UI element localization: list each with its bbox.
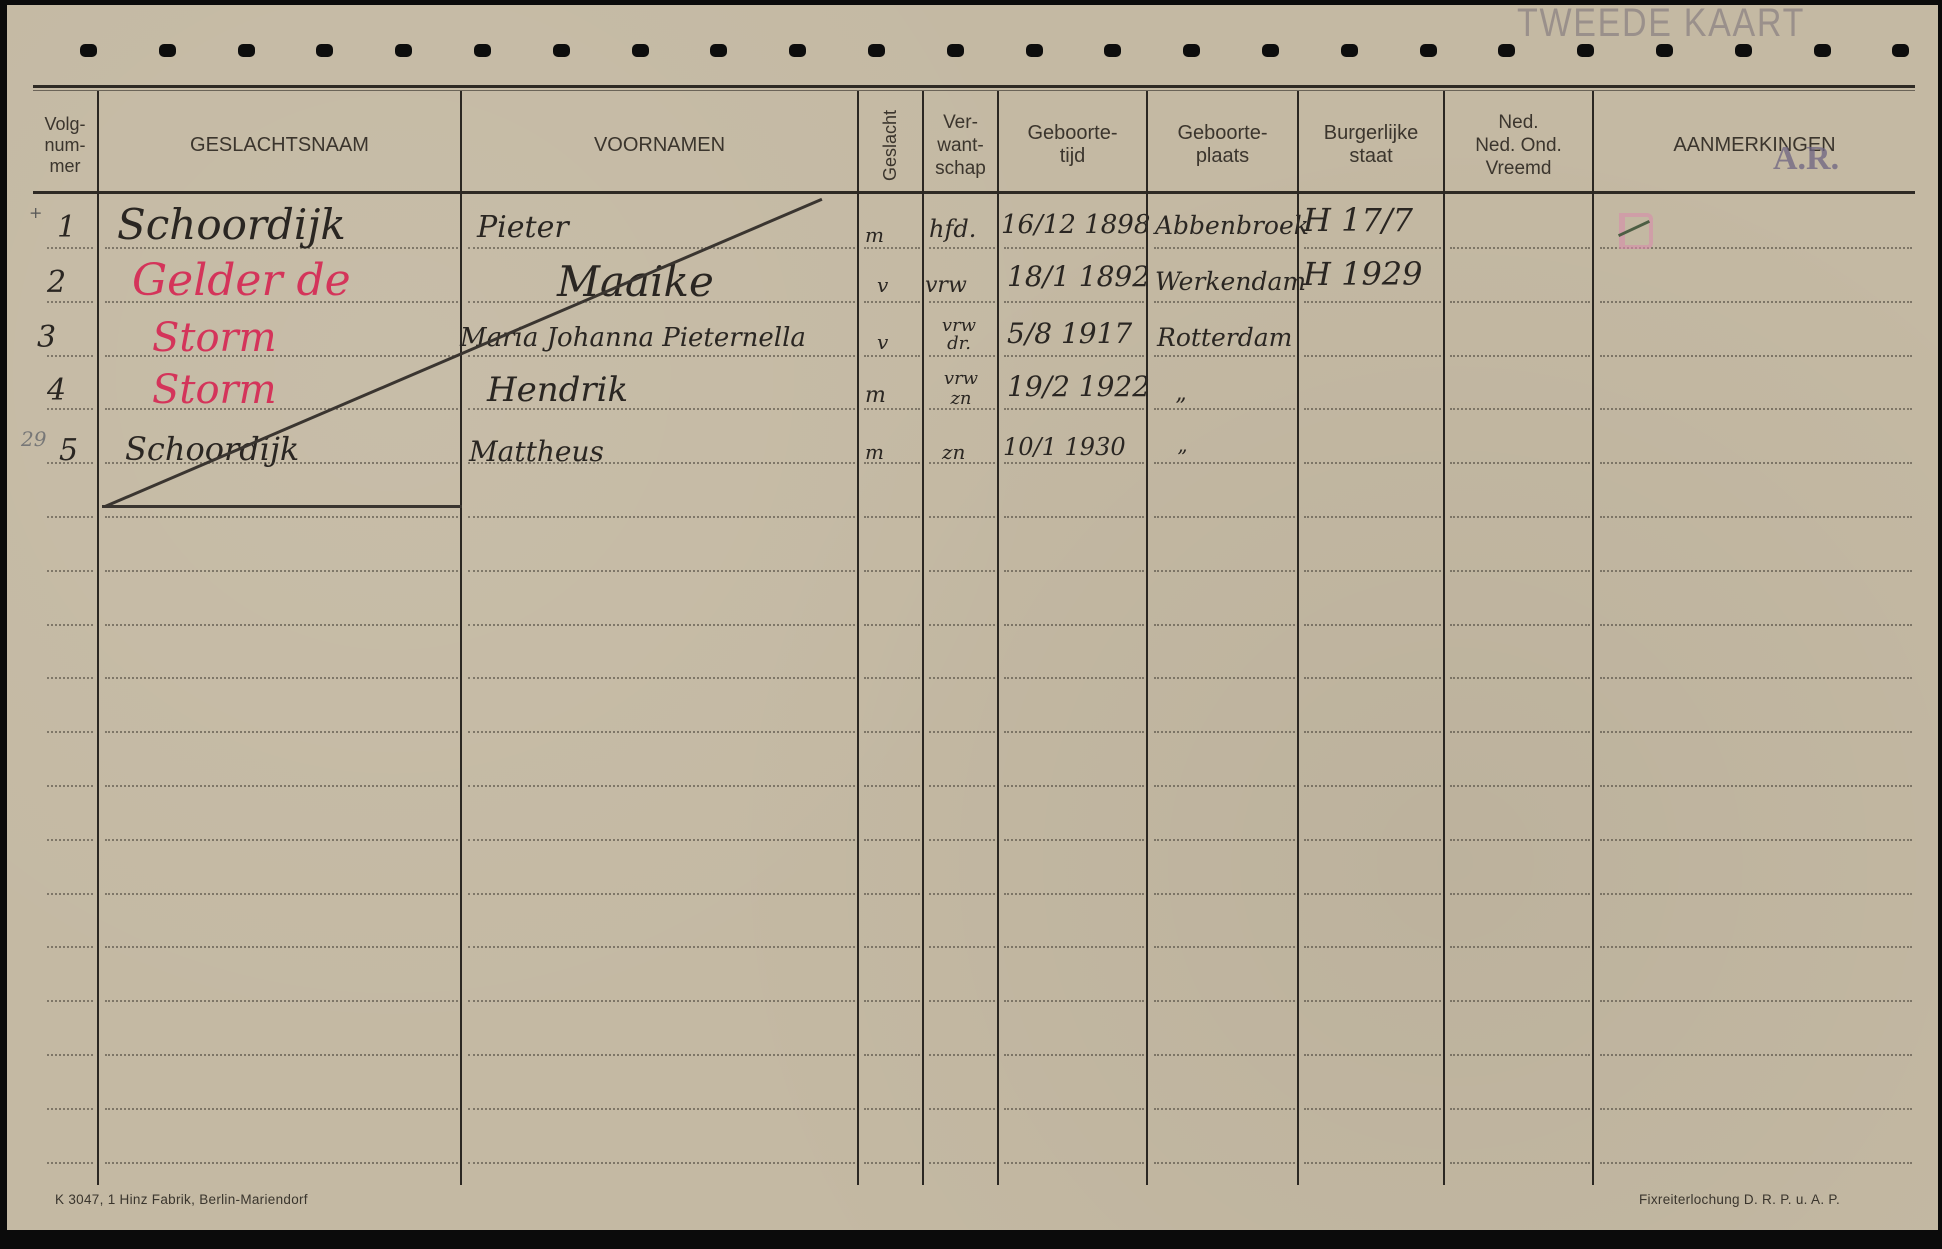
row-rule xyxy=(1304,946,1441,948)
cell-geslachtsnaam: Storm xyxy=(152,367,277,413)
row-rule xyxy=(864,839,920,841)
row-rule xyxy=(1004,839,1144,841)
cell-geslacht: m xyxy=(865,383,886,408)
col-divider xyxy=(997,91,999,1185)
row-rule xyxy=(1154,1108,1295,1110)
row-rule xyxy=(864,731,920,733)
row-rule xyxy=(1154,624,1295,626)
row-rule xyxy=(1450,1000,1590,1002)
row-rule xyxy=(468,624,855,626)
row-rule xyxy=(1304,839,1441,841)
punch-hole xyxy=(1183,44,1200,57)
row-rule xyxy=(105,1000,458,1002)
row-rule xyxy=(1004,247,1144,249)
row-rule xyxy=(929,301,995,303)
row-rule xyxy=(1004,893,1144,895)
row-rule xyxy=(1450,731,1590,733)
row-rule xyxy=(1154,731,1295,733)
cell-geboorteplaats: ” xyxy=(1175,395,1186,420)
register-card: TWEEDE KAART Volg- num- mer GESLACHTSNAA… xyxy=(7,5,1938,1230)
row-rule xyxy=(1600,785,1912,787)
row-rule xyxy=(468,516,855,518)
row-rule xyxy=(1004,785,1144,787)
row-mark: + xyxy=(29,203,42,222)
row-rule xyxy=(47,1162,93,1164)
cell-geboorteplaats: Werkendam xyxy=(1155,267,1306,296)
punch-hole xyxy=(947,44,964,57)
cell-geslacht: m xyxy=(865,440,884,464)
row-rule xyxy=(1304,1162,1441,1164)
row-rule xyxy=(47,301,93,303)
row-rule xyxy=(1154,247,1295,249)
cell-voornamen: Maria Johanna Pieternella xyxy=(460,323,806,353)
cell-verwantschap: zn xyxy=(942,440,965,464)
row-rule xyxy=(468,893,855,895)
cell-geboortetijd: 5/8 1917 xyxy=(1007,317,1132,350)
row-rule xyxy=(1304,677,1441,679)
row-rule xyxy=(1304,1054,1441,1056)
row-rule xyxy=(1004,355,1144,357)
row-rule xyxy=(1450,408,1590,410)
header-geslacht: Geslacht xyxy=(859,95,922,195)
row-rule xyxy=(1600,624,1912,626)
col-divider xyxy=(1592,91,1594,1185)
cell-geslacht: m xyxy=(865,223,884,247)
cell-burgerlijke-staat: H 1929 xyxy=(1303,255,1423,293)
row-rule xyxy=(47,408,93,410)
row-rule xyxy=(929,1108,995,1110)
col-divider xyxy=(1443,91,1445,1185)
cell-burgerlijke-staat: H 17/7 xyxy=(1303,201,1413,239)
row-rule xyxy=(1450,677,1590,679)
row-rule xyxy=(864,516,920,518)
row-rule xyxy=(47,731,93,733)
row-rule xyxy=(929,1162,995,1164)
row-rule xyxy=(1450,301,1590,303)
cell-verwantschap: vrw zn xyxy=(931,369,991,409)
row-rule xyxy=(1154,355,1295,357)
row-number: 1 xyxy=(57,210,76,245)
row-rule xyxy=(105,1162,458,1164)
row-rule xyxy=(1154,785,1295,787)
row-rule xyxy=(47,839,93,841)
header-top-rule xyxy=(33,85,1915,88)
row-rule xyxy=(47,1054,93,1056)
header-geslacht-label: Geslacht xyxy=(879,109,902,180)
row-rule xyxy=(864,570,920,572)
cancel-underline xyxy=(102,505,462,508)
punch-hole xyxy=(316,44,333,57)
row-rule xyxy=(105,624,458,626)
row-rule xyxy=(47,1000,93,1002)
cell-verwantschap: vrw dr. xyxy=(929,317,989,353)
row-rule xyxy=(864,893,920,895)
row-rule xyxy=(1600,516,1912,518)
row-rule xyxy=(1004,624,1144,626)
row-rule xyxy=(105,677,458,679)
punch-hole xyxy=(710,44,727,57)
row-rule xyxy=(1304,893,1441,895)
punch-hole xyxy=(395,44,412,57)
row-rule xyxy=(1004,946,1144,948)
row-rule xyxy=(1154,1000,1295,1002)
row-rule xyxy=(1450,462,1590,464)
row-rule xyxy=(1304,785,1441,787)
col-divider xyxy=(857,91,859,1185)
row-rule xyxy=(1004,1054,1144,1056)
row-rule xyxy=(468,731,855,733)
row-rule xyxy=(47,785,93,787)
cell-voornamen: Mattheus xyxy=(469,435,604,468)
header-geboorteplaats: Geboorte- plaats xyxy=(1148,95,1297,195)
row-rule xyxy=(47,1108,93,1110)
row-number: 3 xyxy=(37,320,56,355)
row-rule xyxy=(864,1108,920,1110)
row-rule xyxy=(1600,677,1912,679)
row-rule xyxy=(1154,570,1295,572)
punch-hole xyxy=(1892,44,1909,57)
punch-hole xyxy=(1026,44,1043,57)
row-rule xyxy=(468,247,855,249)
punch-hole xyxy=(632,44,649,57)
row-rule xyxy=(468,1108,855,1110)
cell-geboortetijd: 16/12 1898 xyxy=(1001,210,1150,240)
row-rule xyxy=(1004,301,1144,303)
cell-voornamen: Hendrik xyxy=(487,370,628,410)
row-mark: 29 xyxy=(21,427,46,451)
footer-patent-mark: Fixreiterlochung D. R. P. u. A. P. xyxy=(1639,1192,1840,1207)
cell-voornamen: Maaike xyxy=(557,257,714,306)
row-rule xyxy=(1304,570,1441,572)
row-rule xyxy=(1450,516,1590,518)
row-rule xyxy=(864,946,920,948)
row-rule xyxy=(1004,408,1144,410)
col-divider xyxy=(922,91,924,1185)
row-rule xyxy=(1154,946,1295,948)
row-rule xyxy=(1004,516,1144,518)
row-rule xyxy=(929,839,995,841)
header-verwantschap: Ver- want- schap xyxy=(924,95,997,195)
row-rule xyxy=(47,624,93,626)
row-rule xyxy=(1004,1162,1144,1164)
row-rule xyxy=(1600,462,1912,464)
row-rule xyxy=(1154,839,1295,841)
row-rule xyxy=(929,624,995,626)
punch-hole xyxy=(474,44,491,57)
row-rule xyxy=(105,731,458,733)
punch-hole xyxy=(789,44,806,57)
punch-hole xyxy=(1814,44,1831,57)
row-rule xyxy=(105,1054,458,1056)
row-rule xyxy=(1450,355,1590,357)
row-rule xyxy=(929,570,995,572)
cell-geboortetijd: 18/1 1892 xyxy=(1007,260,1150,293)
footer-printer-mark: K 3047, 1 Hinz Fabrik, Berlin-Mariendorf xyxy=(55,1192,308,1207)
cell-geboorteplaats: Abbenbroek xyxy=(1155,211,1309,240)
row-rule xyxy=(1450,570,1590,572)
row-rule xyxy=(1304,462,1441,464)
row-rule xyxy=(1154,1054,1295,1056)
cell-verwantschap: vrw xyxy=(925,273,967,298)
row-rule xyxy=(864,677,920,679)
row-rule xyxy=(1304,516,1441,518)
row-rule xyxy=(1304,624,1441,626)
cell-geboortetijd: 10/1 1930 xyxy=(1003,433,1126,461)
row-number: 5 xyxy=(59,433,78,468)
punch-hole xyxy=(1498,44,1515,57)
row-rule xyxy=(1450,839,1590,841)
row-rule xyxy=(468,946,855,948)
header-burgerlijke-staat: Burgerlijke staat xyxy=(1299,95,1443,195)
row-rule xyxy=(47,516,93,518)
row-rule xyxy=(1304,1000,1441,1002)
punch-hole xyxy=(1420,44,1437,57)
row-rule xyxy=(1600,1108,1912,1110)
cell-geslacht: v xyxy=(877,273,888,297)
header-nationaliteit: Ned. Ned. Ond. Vreemd xyxy=(1445,95,1592,195)
row-rule xyxy=(1450,1054,1590,1056)
row-rule xyxy=(468,355,855,357)
row-rule xyxy=(468,839,855,841)
row-rule xyxy=(1004,462,1144,464)
row-rule xyxy=(929,516,995,518)
row-rule xyxy=(1154,516,1295,518)
row-rule xyxy=(929,785,995,787)
row-rule xyxy=(1450,1108,1590,1110)
cell-geslachtsnaam: Schoordijk xyxy=(117,200,346,249)
row-rule xyxy=(1600,946,1912,948)
row-rule xyxy=(1450,946,1590,948)
row-number: 2 xyxy=(47,265,66,300)
row-rule xyxy=(47,247,93,249)
row-rule xyxy=(1304,1108,1441,1110)
col-divider xyxy=(460,91,462,1185)
punch-hole xyxy=(553,44,570,57)
row-rule xyxy=(1600,570,1912,572)
top-stamp: TWEEDE KAART xyxy=(1517,1,1805,46)
row-rule xyxy=(1600,1162,1912,1164)
row-rule xyxy=(105,785,458,787)
col-divider xyxy=(1146,91,1148,1185)
row-rule xyxy=(1600,839,1912,841)
row-rule xyxy=(929,1054,995,1056)
row-rule xyxy=(1154,677,1295,679)
row-rule xyxy=(864,408,920,410)
row-rule xyxy=(105,570,458,572)
cell-geslachtsnaam: Storm xyxy=(152,315,277,361)
row-rule xyxy=(105,1108,458,1110)
row-rule xyxy=(1004,1000,1144,1002)
row-rule xyxy=(1304,408,1441,410)
row-rule xyxy=(47,893,93,895)
cell-voornamen: Pieter xyxy=(477,210,569,245)
row-rule xyxy=(47,946,93,948)
row-rule xyxy=(468,785,855,787)
header-aanmerkingen: AANMERKINGEN xyxy=(1594,95,1915,195)
row-rule xyxy=(1154,462,1295,464)
row-rule xyxy=(1304,301,1441,303)
row-rule xyxy=(864,1000,920,1002)
header-geboortetijd: Geboorte- tijd xyxy=(999,95,1146,195)
punch-hole xyxy=(1341,44,1358,57)
cell-verwantschap: hfd. xyxy=(929,215,976,243)
row-rule xyxy=(1004,570,1144,572)
row-rule xyxy=(47,570,93,572)
row-rule xyxy=(929,731,995,733)
row-rule xyxy=(468,1054,855,1056)
cell-geboorteplaats: ” xyxy=(1177,445,1187,469)
row-rule xyxy=(1004,1108,1144,1110)
row-rule xyxy=(929,247,995,249)
col-divider xyxy=(97,91,99,1185)
row-rule xyxy=(1450,247,1590,249)
ar-stamp: A.R. xyxy=(1773,140,1839,178)
cell-geboorteplaats: Rotterdam xyxy=(1157,323,1292,352)
row-rule xyxy=(929,355,995,357)
row-rule xyxy=(929,677,995,679)
row-rule xyxy=(47,677,93,679)
row-rule xyxy=(1304,247,1441,249)
row-rule xyxy=(1600,731,1912,733)
row-rule xyxy=(1154,301,1295,303)
row-rule xyxy=(1600,1000,1912,1002)
col-divider xyxy=(1297,91,1299,1185)
cell-geslacht: v xyxy=(877,330,888,354)
row-rule xyxy=(1600,1054,1912,1056)
row-rule xyxy=(105,946,458,948)
punch-hole xyxy=(80,44,97,57)
row-rule xyxy=(468,1000,855,1002)
row-rule xyxy=(105,893,458,895)
row-rule xyxy=(929,893,995,895)
row-rule xyxy=(468,1162,855,1164)
row-rule xyxy=(864,301,920,303)
row-rule xyxy=(864,624,920,626)
row-rule xyxy=(1004,677,1144,679)
row-rule xyxy=(929,1000,995,1002)
punch-hole xyxy=(1104,44,1121,57)
row-rule xyxy=(105,839,458,841)
row-rule xyxy=(1004,731,1144,733)
punch-hole xyxy=(868,44,885,57)
row-rule xyxy=(468,677,855,679)
row-rule xyxy=(1154,893,1295,895)
header-top-rule-thin xyxy=(33,90,1915,91)
row-rule xyxy=(1600,355,1912,357)
row-rule xyxy=(1450,893,1590,895)
punch-hole xyxy=(159,44,176,57)
row-rule xyxy=(864,785,920,787)
row-rule xyxy=(468,570,855,572)
row-rule xyxy=(1600,301,1912,303)
row-rule xyxy=(105,516,458,518)
row-rule xyxy=(1450,785,1590,787)
row-rule xyxy=(1450,1162,1590,1164)
punch-hole xyxy=(238,44,255,57)
header-geslachtsnaam: GESLACHTSNAAM xyxy=(99,95,460,195)
row-rule xyxy=(864,1162,920,1164)
cell-geslachtsnaam: Gelder de xyxy=(132,255,351,306)
cell-geboortetijd: 19/2 1922 xyxy=(1007,370,1150,403)
row-rule xyxy=(864,355,920,357)
row-rule xyxy=(864,1054,920,1056)
row-number: 4 xyxy=(47,373,66,408)
row-rule xyxy=(1600,408,1912,410)
row-rule xyxy=(929,946,995,948)
punch-hole xyxy=(1262,44,1279,57)
row-rule xyxy=(1304,731,1441,733)
row-rule xyxy=(1450,624,1590,626)
header-voornamen: VOORNAMEN xyxy=(462,95,857,195)
row-rule xyxy=(1154,1162,1295,1164)
row-rule xyxy=(1304,355,1441,357)
row-rule xyxy=(1600,893,1912,895)
row-rule xyxy=(864,247,920,249)
header-volgnummer: Volg- num- mer xyxy=(33,95,97,195)
